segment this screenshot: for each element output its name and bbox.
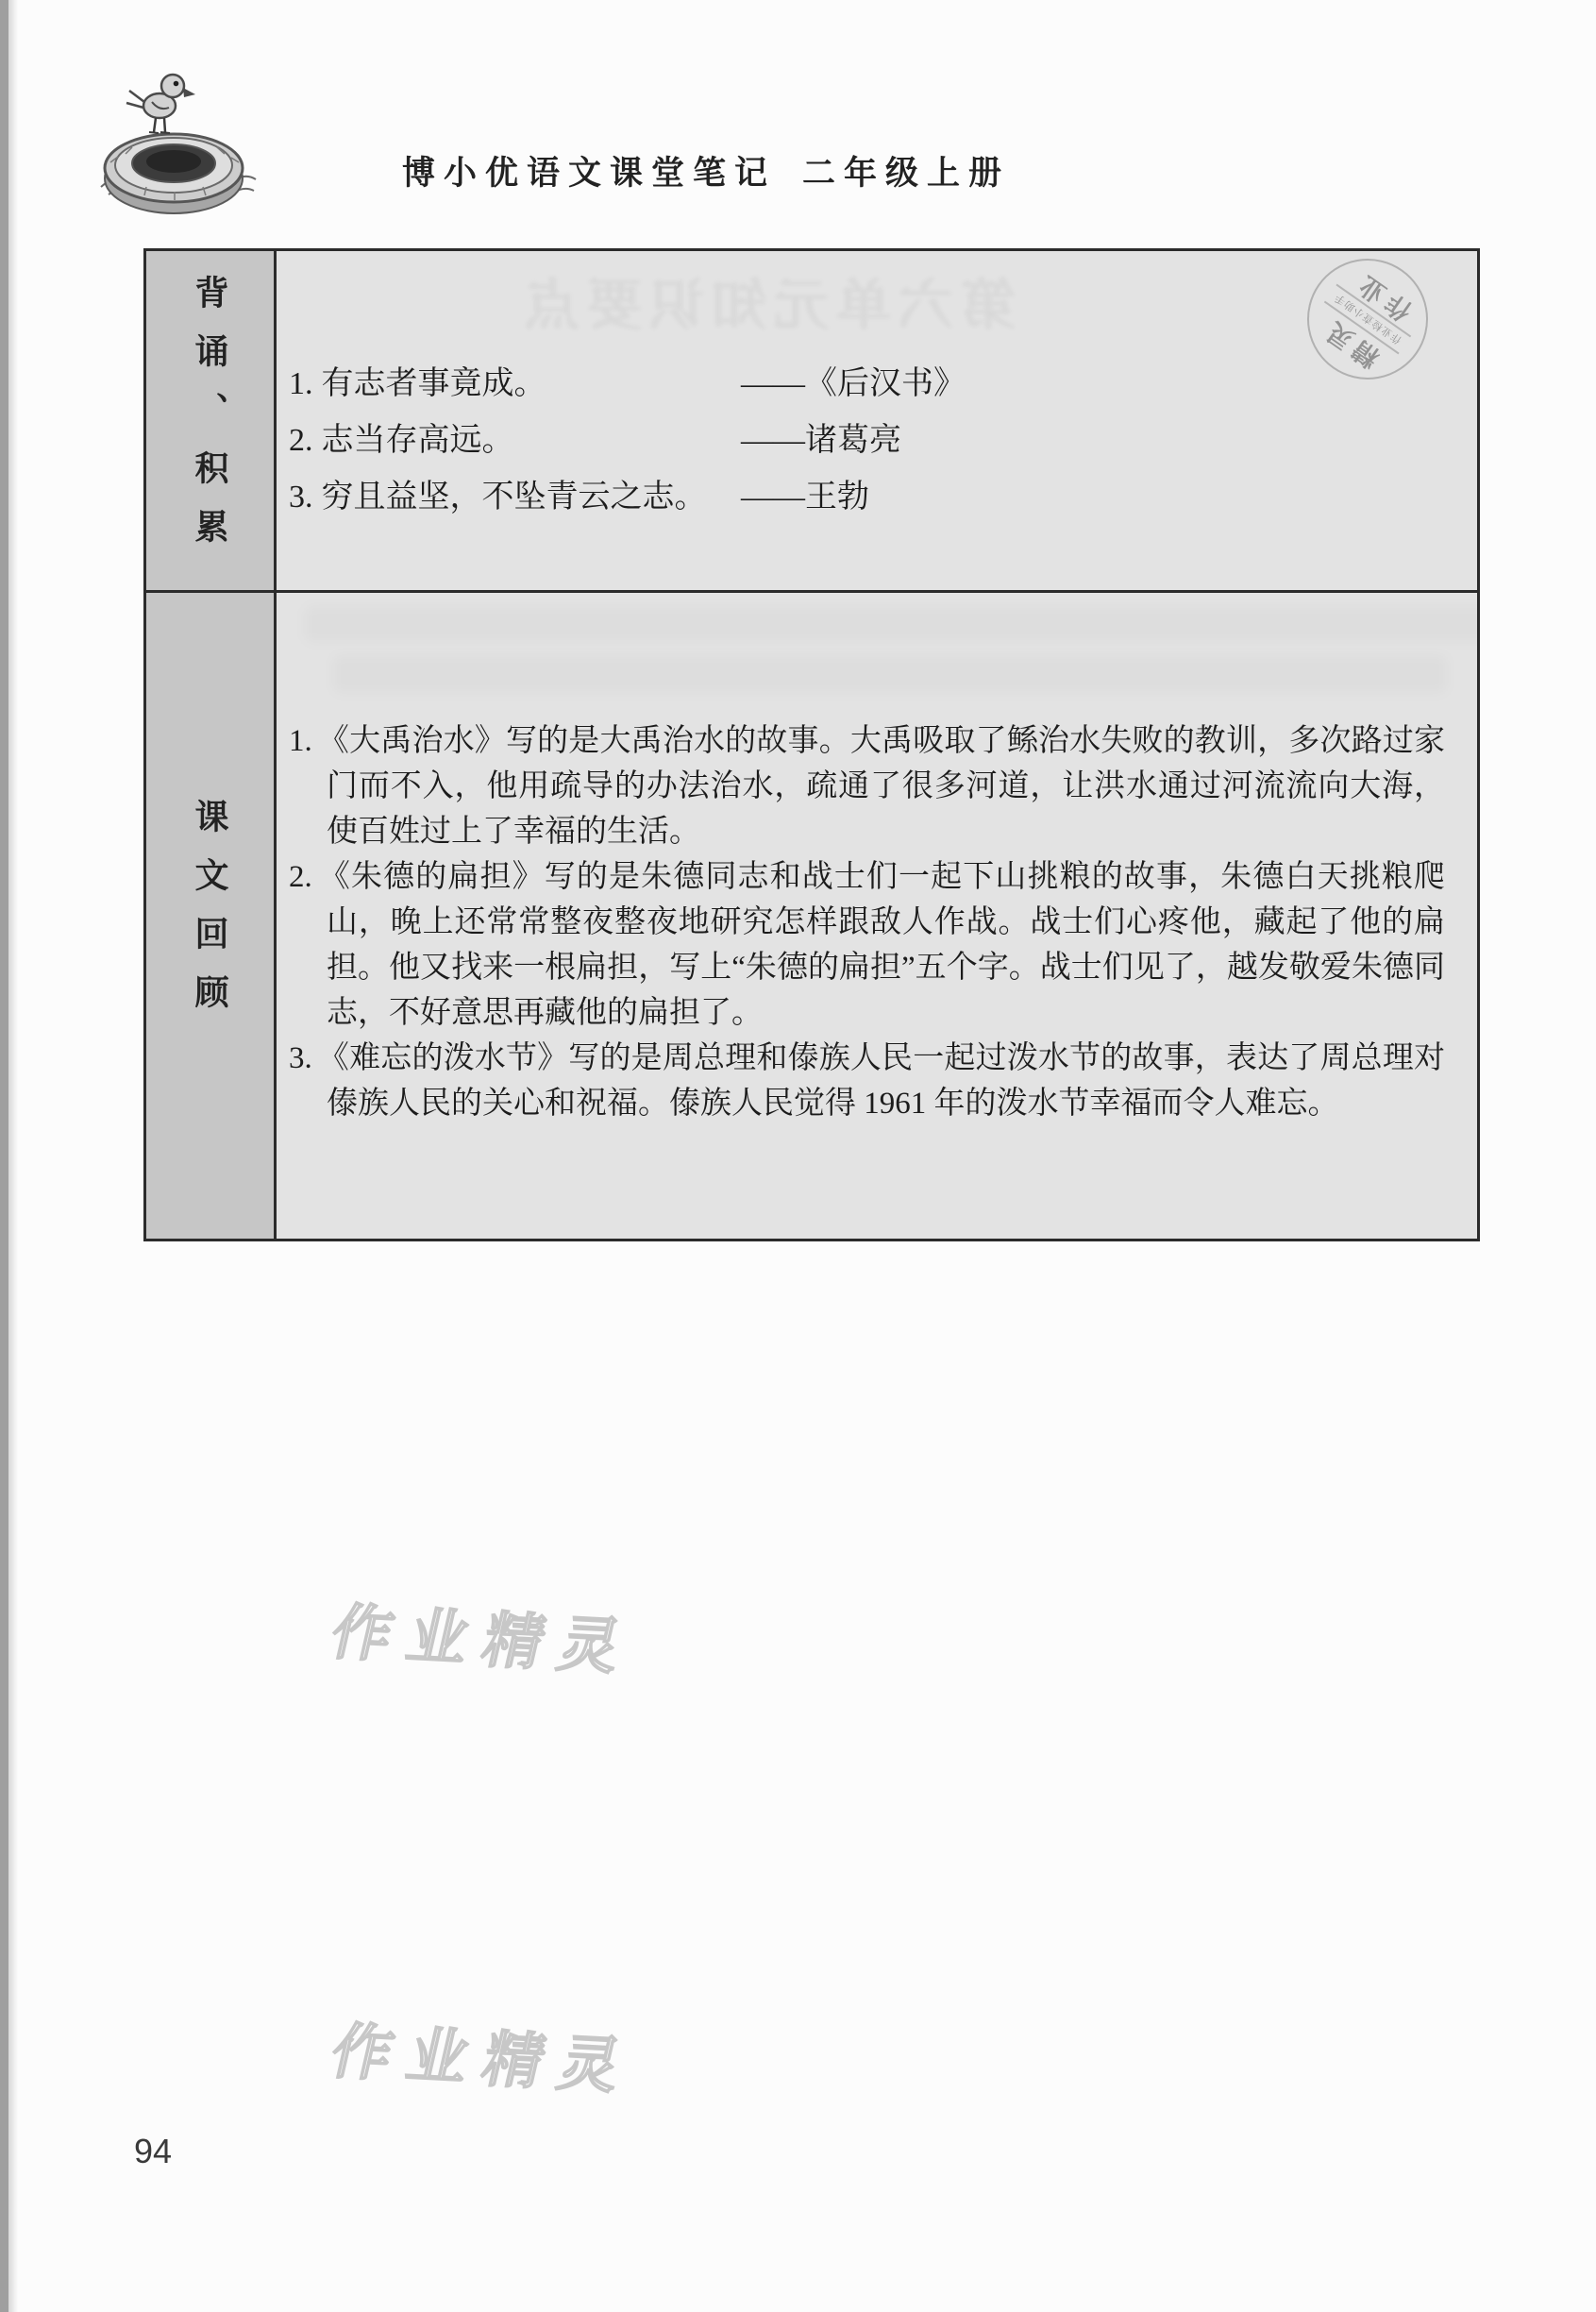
- quote-line: 2.志当存高远。 ——诸葛亮: [289, 413, 1477, 470]
- text-review-label-cell: 课文回顾: [146, 593, 277, 1239]
- bleed-through-smudge: [333, 655, 1447, 693]
- bird-on-well-icon: [90, 45, 264, 225]
- quote-text: 穷且益坚，不坠青云之志。: [322, 480, 707, 515]
- quote-source: ——诸葛亮: [741, 413, 901, 460]
- review-paragraph: 2.《朱德的扁担》写的是朱德同志和战士们一起下山挑粮的故事，朱德白天挑粮爬山，晚…: [289, 854, 1445, 1036]
- grade-label: 二年级上册: [802, 155, 1010, 192]
- paragraph-number: 1.: [289, 724, 312, 758]
- row-label: 背诵、积累: [186, 275, 234, 567]
- quote-source: ——《后汉书》: [741, 357, 966, 403]
- notes-table: 背诵、积累 第六单元知识要点 精灵 作业检查小助手 作业 1.有志者事竟成。 —…: [143, 248, 1480, 1241]
- recite-content-cell: 第六单元知识要点 精灵 作业检查小助手 作业 1.有志者事竟成。 ——《后汉书》…: [277, 251, 1477, 590]
- review-paragraph: 3.《难忘的泼水节》写的是周总理和傣族人民一起过泼水节的故事，表达了周总理对傣族…: [289, 1036, 1445, 1126]
- watermark-zuoye-jingling: 作业精灵: [324, 1584, 647, 1687]
- quote-number: 2.: [289, 423, 313, 458]
- paragraph-number: 3.: [289, 1041, 312, 1075]
- page-number: 94: [134, 2132, 172, 2171]
- paragraph-text: 《大禹治水》写的是大禹治水的故事。大禹吸取了鲧治水失败的教训，多次路过家门而不入…: [318, 724, 1445, 849]
- quote-text: 有志者事竟成。: [322, 366, 546, 401]
- review-content-cell: 1.《大禹治水》写的是大禹治水的故事。大禹吸取了鲧治水失败的教训，多次路过家门而…: [277, 593, 1477, 1239]
- book-title: 博小优语文课堂笔记: [402, 155, 776, 192]
- quote-line: 1.有志者事竟成。 ——《后汉书》: [289, 357, 1477, 413]
- scanned-workbook-page: 博小优语文课堂笔记二年级上册 背诵、积累 第六单元知识要点 精灵 作业检查小助手…: [0, 0, 1596, 2312]
- recite-accumulate-label-cell: 背诵、积累: [146, 251, 277, 590]
- bleed-through-smudge: [305, 606, 1477, 642]
- page-title: 博小优语文课堂笔记二年级上册: [402, 147, 1010, 194]
- paragraph-text: 《朱德的扁担》写的是朱德同志和战士们一起下山挑粮的故事，朱德白天挑粮爬山，晚上还…: [318, 860, 1445, 1030]
- page-edge-shadow: [0, 0, 8, 2312]
- quote-number: 1.: [289, 366, 313, 401]
- quote-line: 3.穷且益坚，不坠青云之志。 ——王勃: [289, 470, 1477, 527]
- paragraph-text: 《难忘的泼水节》写的是周总理和傣族人民一起过泼水节的故事，表达了周总理对傣族人民…: [318, 1041, 1445, 1121]
- paragraph-number: 2.: [289, 860, 312, 894]
- quote-text: 志当存高远。: [322, 423, 514, 458]
- page-edge-fade: [8, 0, 18, 2312]
- quote-source: ——王勃: [741, 470, 869, 516]
- review-paragraph: 1.《大禹治水》写的是大禹治水的故事。大禹吸取了鲧治水失败的教训，多次路过家门而…: [289, 718, 1445, 854]
- row-label: 课文回顾: [186, 799, 234, 1033]
- table-row-recite: 背诵、积累 第六单元知识要点 精灵 作业检查小助手 作业 1.有志者事竟成。 —…: [146, 251, 1477, 593]
- quote-number: 3.: [289, 480, 313, 515]
- table-row-review: 课文回顾 1.《大禹治水》写的是大禹治水的故事。大禹吸取了鲧治水失败的教训，多次…: [146, 593, 1477, 1239]
- bleed-through-title: 第六单元知识要点: [517, 261, 1016, 340]
- watermark-zuoye-jingling: 作业精灵: [324, 2003, 647, 2106]
